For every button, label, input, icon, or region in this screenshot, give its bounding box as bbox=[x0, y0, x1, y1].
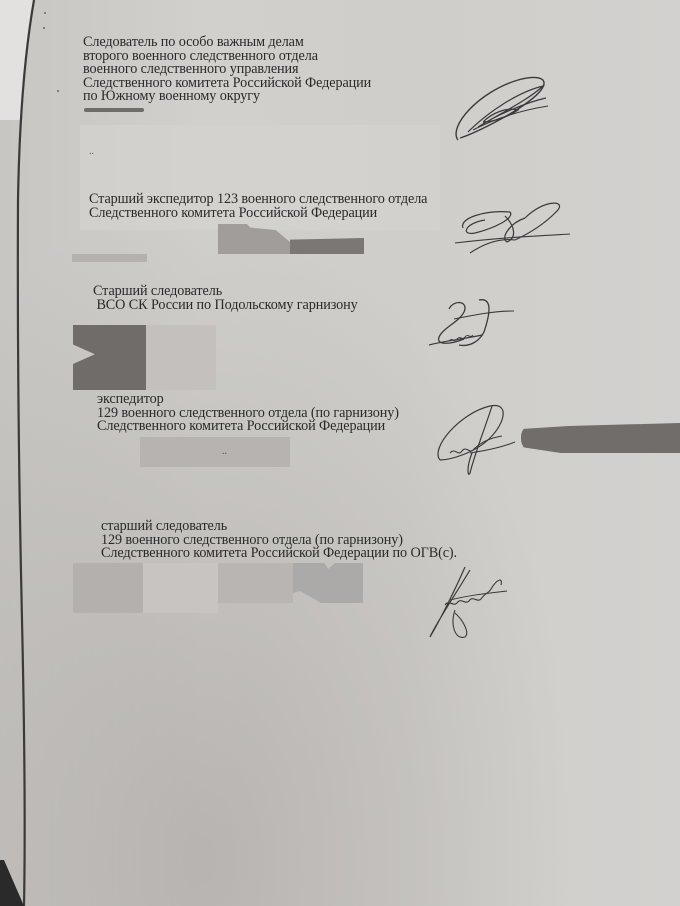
redaction-underline bbox=[84, 108, 144, 112]
signatory-block-1: Следователь по особо важным делам второг… bbox=[83, 36, 371, 104]
signature-2 bbox=[455, 198, 575, 263]
signatory-block-5: старший следователь 129 военного следств… bbox=[101, 520, 457, 561]
stray-mark: .. bbox=[222, 446, 227, 457]
redaction-name-block-2c bbox=[72, 254, 147, 262]
signature-1 bbox=[448, 72, 558, 152]
stray-mark: .. bbox=[89, 146, 94, 157]
block-4-line-3: Следственного комитета Российской Федера… bbox=[97, 420, 399, 434]
block-1-line-5: по Южному военному округу bbox=[83, 90, 371, 104]
redaction-name-block-3b bbox=[146, 325, 216, 390]
signatory-block-3: Старший следователь ВСО СК России по Под… bbox=[93, 285, 358, 312]
paper-speck bbox=[44, 12, 46, 14]
signature-3 bbox=[424, 297, 519, 357]
signatory-block-4: экспедитор 129 военного следственного от… bbox=[97, 393, 399, 434]
redaction-name-block-5 bbox=[73, 563, 143, 613]
block-2-line-2: Следственного комитета Российской Федера… bbox=[89, 207, 427, 221]
redaction-name-block-5c bbox=[218, 563, 293, 603]
redaction-name-block-5b bbox=[143, 563, 218, 613]
redaction-name-block-4 bbox=[140, 437, 290, 467]
signature-4 bbox=[430, 398, 510, 483]
redaction-name-block-2b bbox=[290, 238, 364, 254]
paper-speck bbox=[57, 90, 59, 92]
block-5-line-3: Следственного комитета Российской Федера… bbox=[101, 547, 457, 561]
block-3-line-2: ВСО СК России по Подольскому гарнизону bbox=[93, 299, 358, 313]
paper-speck bbox=[43, 27, 45, 29]
paper-fold-edge bbox=[0, 0, 60, 906]
signature-5 bbox=[425, 565, 515, 645]
signatory-block-2: Старший экспедитор 123 военного следстве… bbox=[89, 193, 427, 220]
